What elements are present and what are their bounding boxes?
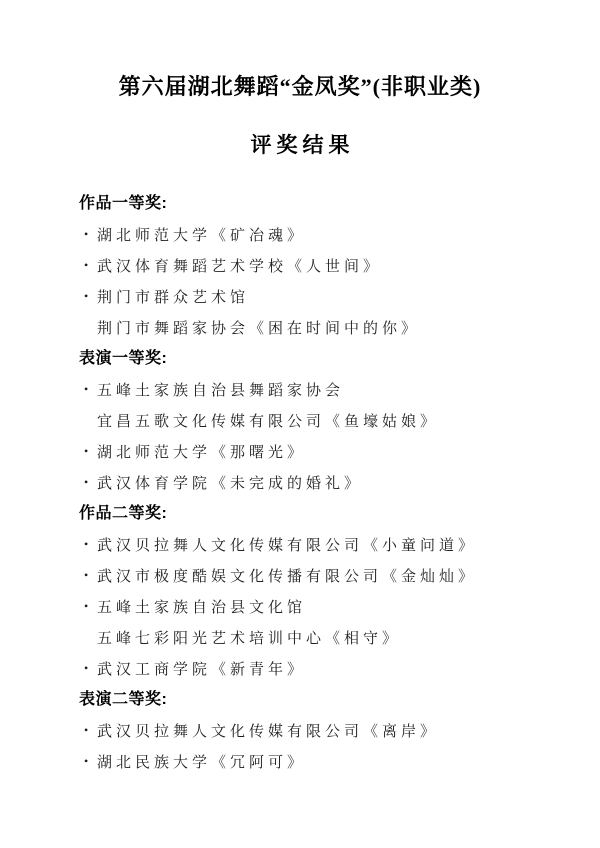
award-entry: • 武汉贝拉舞人文化传媒有限公司《小童问道》 — [84, 529, 600, 560]
bullet-icon: • — [84, 661, 97, 676]
award-entry-text: 湖北师范大学《矿冶魂》 — [97, 224, 306, 245]
award-entry-continuation: 荆门市舞蹈家协会《困在时间中的你》 — [97, 312, 600, 343]
award-entry-text: 武汉工商学院《新青年》 — [97, 658, 306, 679]
bullet-icon: • — [84, 289, 97, 304]
award-entry: • 湖北师范大学《那曙光》 — [84, 436, 600, 467]
award-entry-text: 荆门市舞蹈家协会《困在时间中的你》 — [97, 317, 420, 338]
bullet-icon: • — [84, 599, 97, 614]
award-entry-text: 五峰七彩阳光艺术培训中心《相守》 — [97, 627, 401, 648]
award-entry: • 武汉工商学院《新青年》 — [84, 653, 600, 684]
award-entry: • 武汉体育学院《未完成的婚礼》 — [84, 467, 600, 498]
section-heading-performance-first-prize: 表演一等奖: — [79, 343, 600, 374]
award-results-list: 作品一等奖: • 湖北师范大学《矿冶魂》 • 武汉体育舞蹈艺术学校《人世间》 •… — [0, 188, 600, 777]
award-entry-text: 武汉贝拉舞人文化传媒有限公司《离岸》 — [97, 720, 439, 741]
award-entry-text: 武汉体育学院《未完成的婚礼》 — [97, 472, 363, 493]
award-entry-text: 湖北师范大学《那曙光》 — [97, 441, 306, 462]
award-entry-text: 武汉体育舞蹈艺术学校《人世间》 — [97, 255, 382, 276]
bullet-icon: • — [84, 537, 97, 552]
award-entry: • 五峰土家族自治县舞蹈家协会 — [84, 374, 600, 405]
award-entry-text: 武汉市极度酷娱文化传播有限公司《金灿灿》 — [97, 565, 477, 586]
award-entry-continuation: 五峰七彩阳光艺术培训中心《相守》 — [97, 622, 600, 653]
award-entry: • 湖北师范大学《矿冶魂》 — [84, 219, 600, 250]
document-page: 第六届湖北舞蹈“金凤奖”(非职业类) 评奖结果 作品一等奖: • 湖北师范大学《… — [0, 0, 600, 848]
section-heading-works-second-prize: 作品二等奖: — [79, 498, 600, 529]
award-entry-text: 荆门市群众艺术馆 — [97, 286, 249, 307]
award-entry: • 武汉市极度酷娱文化传播有限公司《金灿灿》 — [84, 560, 600, 591]
section-heading-works-first-prize: 作品一等奖: — [79, 188, 600, 219]
bullet-icon: • — [84, 227, 97, 242]
award-entry: • 五峰土家族自治县文化馆 — [84, 591, 600, 622]
award-entry: • 武汉体育舞蹈艺术学校《人世间》 — [84, 250, 600, 281]
award-entry-text: 五峰土家族自治县舞蹈家协会 — [97, 379, 344, 400]
bullet-icon: • — [84, 723, 97, 738]
document-title: 第六届湖北舞蹈“金凤奖”(非职业类) — [0, 72, 600, 102]
bullet-icon: • — [84, 258, 97, 273]
award-entry: • 湖北民族大学《冗阿可》 — [84, 746, 600, 777]
bullet-icon: • — [84, 475, 97, 490]
award-entry-text: 武汉贝拉舞人文化传媒有限公司《小童问道》 — [97, 534, 477, 555]
award-entry-text: 湖北民族大学《冗阿可》 — [97, 751, 306, 772]
award-entry-continuation: 宜昌五歌文化传媒有限公司《鱼壕姑娘》 — [97, 405, 600, 436]
award-entry: • 武汉贝拉舞人文化传媒有限公司《离岸》 — [84, 715, 600, 746]
award-entry-text: 五峰土家族自治县文化馆 — [97, 596, 306, 617]
bullet-icon: • — [84, 444, 97, 459]
document-subtitle: 评奖结果 — [0, 132, 600, 158]
bullet-icon: • — [84, 568, 97, 583]
award-entry: • 荆门市群众艺术馆 — [84, 281, 600, 312]
bullet-icon: • — [84, 754, 97, 769]
award-entry-text: 宜昌五歌文化传媒有限公司《鱼壕姑娘》 — [97, 410, 439, 431]
bullet-icon: • — [84, 382, 97, 397]
section-heading-performance-second-prize: 表演二等奖: — [79, 684, 600, 715]
